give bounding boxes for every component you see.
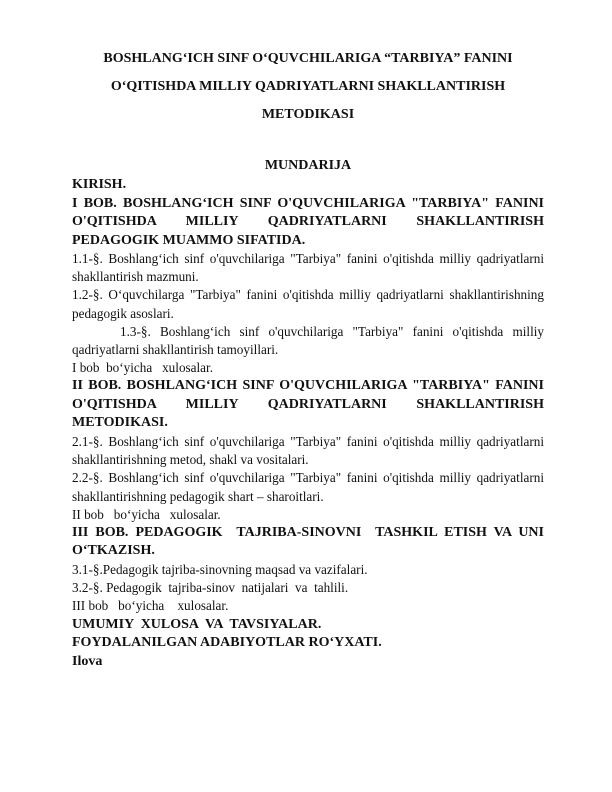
toc-chapter-1-title-a: I BOB. BOSHLANG‘ICH SINF O'QUVCHILARIGA … <box>72 195 544 232</box>
document-title-line-2: O‘QITISHDA MILLIY QADRIYATLARNI SHAKLLAN… <box>72 73 544 101</box>
document-title-line-1: BOSHLANG‘ICH SINF O‘QUVCHILARIGA “TARBIY… <box>72 45 544 73</box>
toc-chapter-3-conclusion[interactable]: III bob bo‘yicha xulosalar. <box>72 597 544 615</box>
toc-chapter-3-title-b: O‘TKAZISH. <box>72 542 544 561</box>
toc-section-3-1[interactable]: 3.1-§.Pedagogik tajriba-sinovning maqsad… <box>72 561 544 579</box>
toc-chapter-2-conclusion[interactable]: II bob bo‘yicha xulosalar. <box>72 506 544 524</box>
toc-chapter-2-title-b: METODIKASI. <box>72 414 544 433</box>
toc-chapter-1-title[interactable]: I BOB. BOSHLANG‘ICH SINF O'QUVCHILARIGA … <box>72 195 544 251</box>
toc-chapter-1-conclusion[interactable]: I bob bo‘yicha xulosalar. <box>72 359 544 377</box>
toc-section-1-1[interactable]: 1.1-§. Boshlang‘ich sinf o'quvchilariga … <box>72 250 544 286</box>
table-of-contents: KIRISH. I BOB. BOSHLANG‘ICH SINF O'QUVCH… <box>72 176 544 671</box>
toc-references[interactable]: FOYDALANILGAN ADABIYOTLAR RO‘YXATI. <box>72 634 544 653</box>
toc-general-conclusion[interactable]: UMUMIY XULOSA VA TAVSIYALAR. <box>72 616 544 635</box>
toc-chapter-1-title-b: PEDAGOGIK MUAMMO SIFATIDA. <box>72 232 544 251</box>
toc-appendix[interactable]: Ilova <box>72 653 544 672</box>
toc-section-1-2[interactable]: 1.2-§. O‘quvchilarga "Tarbiya" fanini o'… <box>72 286 544 322</box>
toc-chapter-3-title-a: III BOB. PEDAGOGIK TAJRIBA-SINOVNI TASHK… <box>72 524 544 543</box>
document-title-line-3: METODIKASI <box>72 101 544 129</box>
toc-section-2-2[interactable]: 2.2-§. Boshlang‘ich sinf o'quvchilariga … <box>72 469 544 505</box>
toc-section-3-2[interactable]: 3.2-§. Pedagogik tajriba-sinov natijalar… <box>72 579 544 597</box>
toc-chapter-2-title[interactable]: II BOB. BOSHLANG‘ICH SINF O'QUVCHILARIGA… <box>72 377 544 433</box>
toc-chapter-2-title-a: II BOB. BOSHLANG‘ICH SINF O'QUVCHILARIGA… <box>72 377 544 414</box>
toc-chapter-3-title[interactable]: III BOB. PEDAGOGIK TAJRIBA-SINOVNI TASHK… <box>72 524 544 561</box>
toc-intro[interactable]: KIRISH. <box>72 176 544 195</box>
toc-section-1-3[interactable]: 1.3-§. Boshlang‘ich sinf o'quvchilariga … <box>72 323 544 359</box>
toc-section-2-1[interactable]: 2.1-§. Boshlang‘ich sinf o'quvchilariga … <box>72 433 544 469</box>
